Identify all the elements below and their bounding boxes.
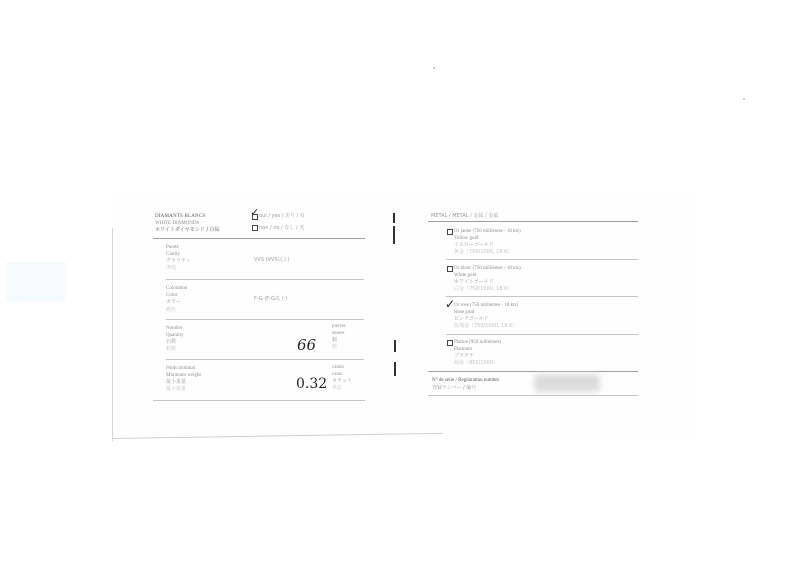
label-en: Quantity xyxy=(166,333,184,338)
unit-zh: 克拉 xyxy=(332,386,342,391)
label-zh: 净度 xyxy=(166,266,176,271)
checkbox-yes[interactable] xyxy=(252,214,258,220)
divider xyxy=(153,238,365,239)
unit-ja: 個 xyxy=(332,338,337,343)
unit-ja: カラット xyxy=(332,379,352,384)
metal-line2: Rose gold xyxy=(454,310,474,315)
label-zh: 颜色 xyxy=(166,308,176,313)
card-edge xyxy=(112,228,113,441)
divider xyxy=(166,359,364,360)
metal-line2: Platinum xyxy=(454,347,472,352)
staple-mark xyxy=(394,362,396,376)
divider xyxy=(446,296,638,297)
metal-line2: White gold xyxy=(454,273,476,278)
checkbox-yellow-gold[interactable] xyxy=(447,229,453,235)
scan-speck xyxy=(743,98,745,100)
label-zh: 粒数 xyxy=(166,347,176,352)
label-en: Clarity xyxy=(166,252,180,257)
unit-en: carat xyxy=(332,372,342,377)
unit-en: stones xyxy=(332,331,345,336)
option-no-label: non / no / なし / 无 xyxy=(259,226,304,231)
divider xyxy=(153,400,365,401)
divider xyxy=(428,221,638,222)
metal-line1: Or jaune (750 millièmes - 18 kts) xyxy=(454,229,521,234)
serial-number-redacted xyxy=(534,374,600,392)
metal-line4: 黄金（750/1000, 18 K） xyxy=(454,250,512,255)
metal-line4: 白金（750/1000, 18 K） xyxy=(454,287,512,292)
label-ja: カラー xyxy=(166,300,181,305)
quantity-handwritten-value: 66 xyxy=(297,338,316,353)
section-title-fr: DIAMANTS BLANCS xyxy=(155,214,205,219)
metal-line3: ホワイトゴールド xyxy=(454,280,494,285)
metal-line3: プラチナ xyxy=(454,354,474,359)
metal-line4: 铂金（950/1000） xyxy=(454,361,498,366)
unit-fr: carats xyxy=(332,365,344,370)
label-fr: Coloration xyxy=(166,286,187,291)
metal-line1: Or blanc (750 millièmes - 18 kts) xyxy=(454,266,521,271)
staple-mark xyxy=(394,340,396,352)
color-value: F-G (F-G以上) xyxy=(254,297,287,302)
serial-label-ja: 登録ナンバー / 编号 xyxy=(432,386,476,391)
weight-handwritten-value: 0.32 xyxy=(296,377,327,391)
section-title-ja: ホワイトダイヤモンド / 白钻 xyxy=(155,228,220,233)
label-fr: Nombre xyxy=(166,326,182,331)
checkbox-no[interactable] xyxy=(252,225,258,231)
label-en: Minimum weight xyxy=(166,373,201,378)
checkbox-platinum[interactable] xyxy=(447,340,453,346)
divider xyxy=(428,395,638,396)
label-ja: 最小重量 xyxy=(166,380,186,385)
checkbox-white-gold[interactable] xyxy=(447,266,453,272)
label-en: Color xyxy=(166,293,177,298)
option-yes-label: oui / yes / あり / 有 xyxy=(259,214,305,219)
metal-line1: Platine (950 millièmes) xyxy=(454,340,501,345)
label-ja: 石数 xyxy=(166,340,176,345)
staple-mark xyxy=(393,226,395,244)
metal-line1: Or rose (750 millièmes - 18 kts) xyxy=(454,303,518,308)
label-fr: Poids minimal xyxy=(166,366,195,371)
metal-line4: 玫瑰金（750/1000, 18 K） xyxy=(454,324,517,329)
clarity-value: VVS (VVS以上) xyxy=(254,258,290,263)
section-title-en: WHITE DIAMONDS xyxy=(155,221,199,226)
divider xyxy=(166,279,364,280)
metal-line3: イエローゴールド xyxy=(454,243,494,248)
serial-label-fr: N° de série / Registration number xyxy=(432,378,499,383)
divider xyxy=(446,259,638,260)
scan-tint xyxy=(6,262,66,302)
label-fr: Pureté xyxy=(166,245,179,250)
label-zh: 最小重量 xyxy=(166,387,186,392)
unit-zh: 粒 xyxy=(332,345,337,350)
divider xyxy=(446,334,638,335)
metal-section-title: METAL / METAL / 金属 / 金属 xyxy=(431,214,498,219)
divider xyxy=(166,319,364,320)
metal-line2: Yellow gold xyxy=(454,236,478,241)
scan-speck xyxy=(433,67,435,69)
label-ja: クラリティ xyxy=(166,259,191,264)
unit-fr: pierres xyxy=(332,324,346,329)
metal-line3: ピンクゴールド xyxy=(454,317,489,322)
staple-mark xyxy=(393,213,395,223)
divider xyxy=(428,371,638,372)
